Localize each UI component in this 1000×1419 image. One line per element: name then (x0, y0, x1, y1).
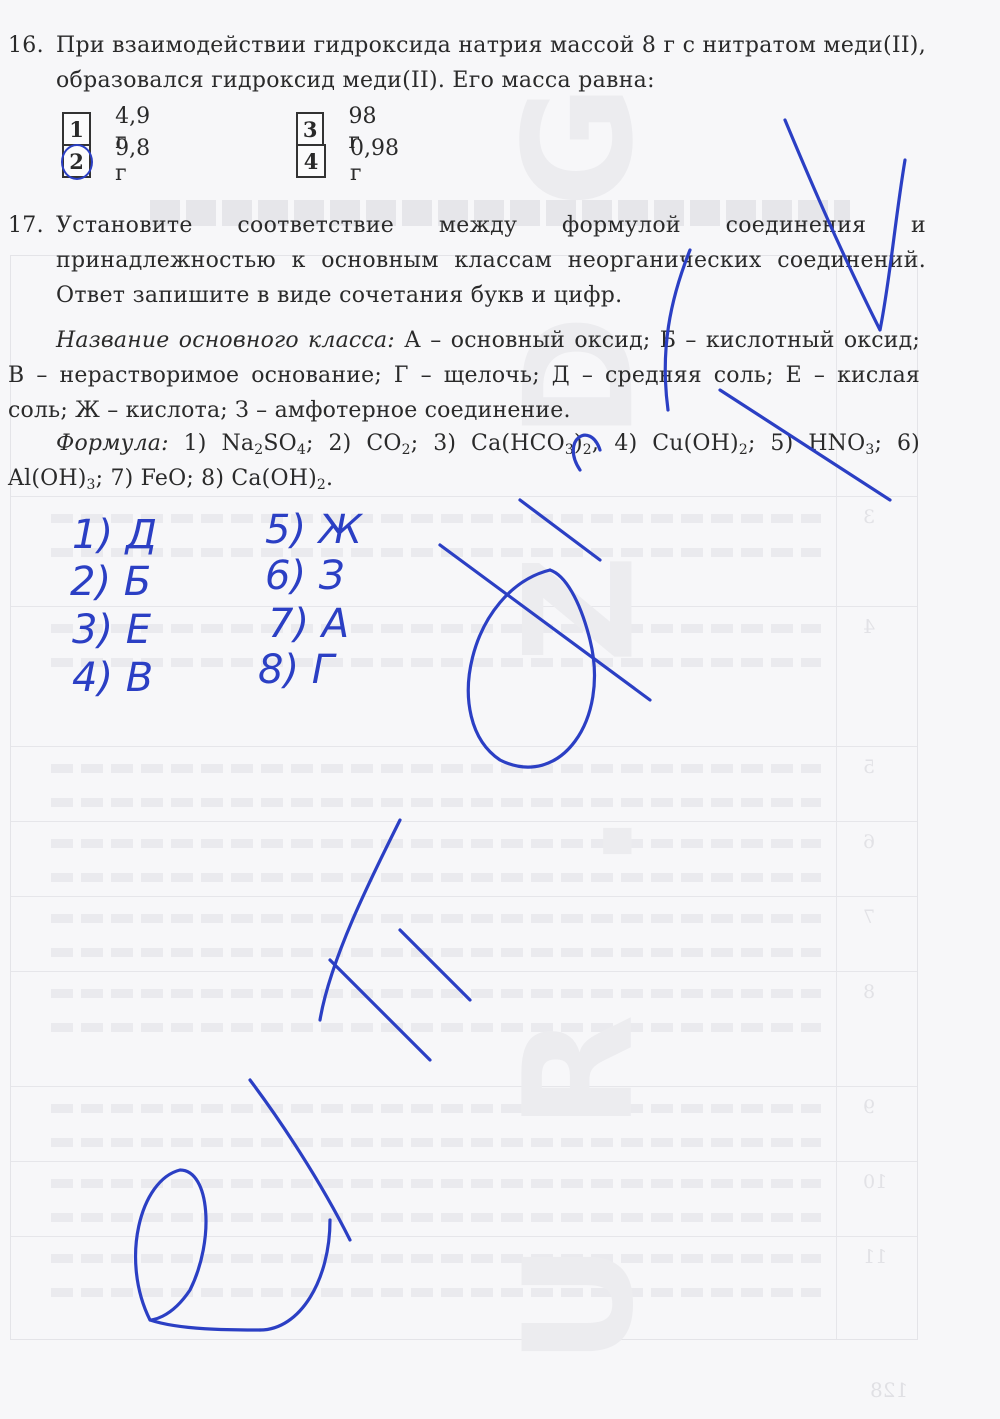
question-number: 17. (8, 208, 44, 243)
watermark-letter: Z (505, 555, 655, 664)
handwritten-answer: 6) З (265, 556, 344, 596)
ghost-table-row (11, 1161, 917, 1162)
ghost-row-number: 7 (863, 906, 875, 928)
ghost-text-line (51, 1213, 821, 1222)
ghost-text-line (51, 839, 821, 848)
ghost-row-number: 5 (863, 756, 875, 778)
ghost-text-line (51, 624, 821, 633)
ghost-table-row (11, 1086, 917, 1087)
formula-item: 7) FeO; (103, 466, 194, 491)
ghost-text-line (51, 1179, 821, 1188)
workbook-page: 34567891011 GDZ.RU 128 16. При взаимодей… (0, 0, 1000, 1419)
ghost-table-row (11, 746, 917, 747)
ghost-table-row (11, 496, 917, 497)
handwritten-answer: 5) Ж (265, 510, 362, 550)
question-text: Установите соответствие между формулой с… (56, 208, 926, 313)
class-names-paragraph: Название основного класса: А – основный … (8, 323, 920, 428)
formula-item: 4) Cu(OH)2; (600, 431, 756, 456)
ghost-text-line (51, 548, 821, 557)
ghost-text-line (51, 514, 821, 523)
ghost-row-number: 11 (863, 1246, 887, 1268)
ghost-text-line (51, 764, 821, 773)
ghost-table-row (11, 896, 917, 897)
ghost-text-line (51, 1254, 821, 1263)
formula-label: Формула: (56, 431, 169, 456)
ghost-text-line (51, 989, 821, 998)
ghost-text-line (51, 1138, 821, 1147)
question-number: 16. (8, 28, 44, 63)
handwritten-answer: 2) Б (70, 562, 151, 602)
option-key-box[interactable]: 1 (62, 112, 91, 146)
ghost-text-line (51, 873, 821, 882)
handwritten-answer: 1) Д (72, 515, 157, 555)
ghost-row-number: 10 (863, 1171, 887, 1193)
option-2[interactable]: 2 9,8 г (62, 144, 157, 178)
ghost-text-line (51, 798, 821, 807)
ghost-row-number: 6 (863, 831, 875, 853)
ghost-text-line (51, 914, 821, 923)
ghost-text-line (51, 658, 821, 667)
watermark-letter: G (505, 84, 655, 207)
question-text: При взаимодействии гидроксида натрия мас… (56, 28, 926, 98)
handwritten-answer: 3) Е (72, 610, 151, 650)
ghost-row-number: 8 (863, 981, 875, 1003)
ghost-table-row (11, 1236, 917, 1237)
ghost-text-line (51, 1104, 821, 1113)
handwritten-answer: 8) Г (258, 650, 334, 690)
watermark-letter: R (505, 1015, 655, 1131)
ghost-row-number: 4 (863, 616, 875, 638)
formula-item: 8) Ca(OH)2. (194, 466, 333, 491)
ghost-text-line (51, 1023, 821, 1032)
option-value: 0,98 г (350, 136, 405, 186)
formula-item: 5) HNO3; (756, 431, 883, 456)
watermark-letter: . (505, 812, 655, 869)
option-key-box[interactable]: 4 (296, 144, 326, 178)
handwritten-answer: 4) В (72, 658, 153, 698)
ghost-text-line (51, 948, 821, 957)
ghost-row-number: 3 (863, 506, 875, 528)
formula-item: 1) Na2SO4; (184, 431, 314, 456)
ghost-table-row (11, 821, 917, 822)
formula-item: 3) Ca(HCO3)2; (418, 431, 599, 456)
formula-item: 2) CO2; (314, 431, 419, 456)
handwritten-circle-mark (61, 144, 93, 180)
ghost-row-number: 9 (863, 1096, 875, 1118)
ghost-text-line (51, 1288, 821, 1297)
option-key-box[interactable]: 3 (296, 112, 324, 146)
formulas-paragraph: Формула: 1) Na2SO4; 2) CO2; 3) Ca(HCO3)2… (8, 426, 920, 496)
watermark-letter: U (505, 1243, 655, 1365)
option-value: 9,8 г (115, 136, 157, 186)
page-number: 128 (870, 1378, 908, 1402)
ghost-table-row (11, 971, 917, 972)
classes-label: Название основного класса: (56, 328, 395, 353)
option-key-box[interactable]: 2 (62, 144, 91, 178)
option-4[interactable]: 4 0,98 г (296, 144, 405, 178)
handwritten-answer: 7) А (268, 604, 349, 644)
